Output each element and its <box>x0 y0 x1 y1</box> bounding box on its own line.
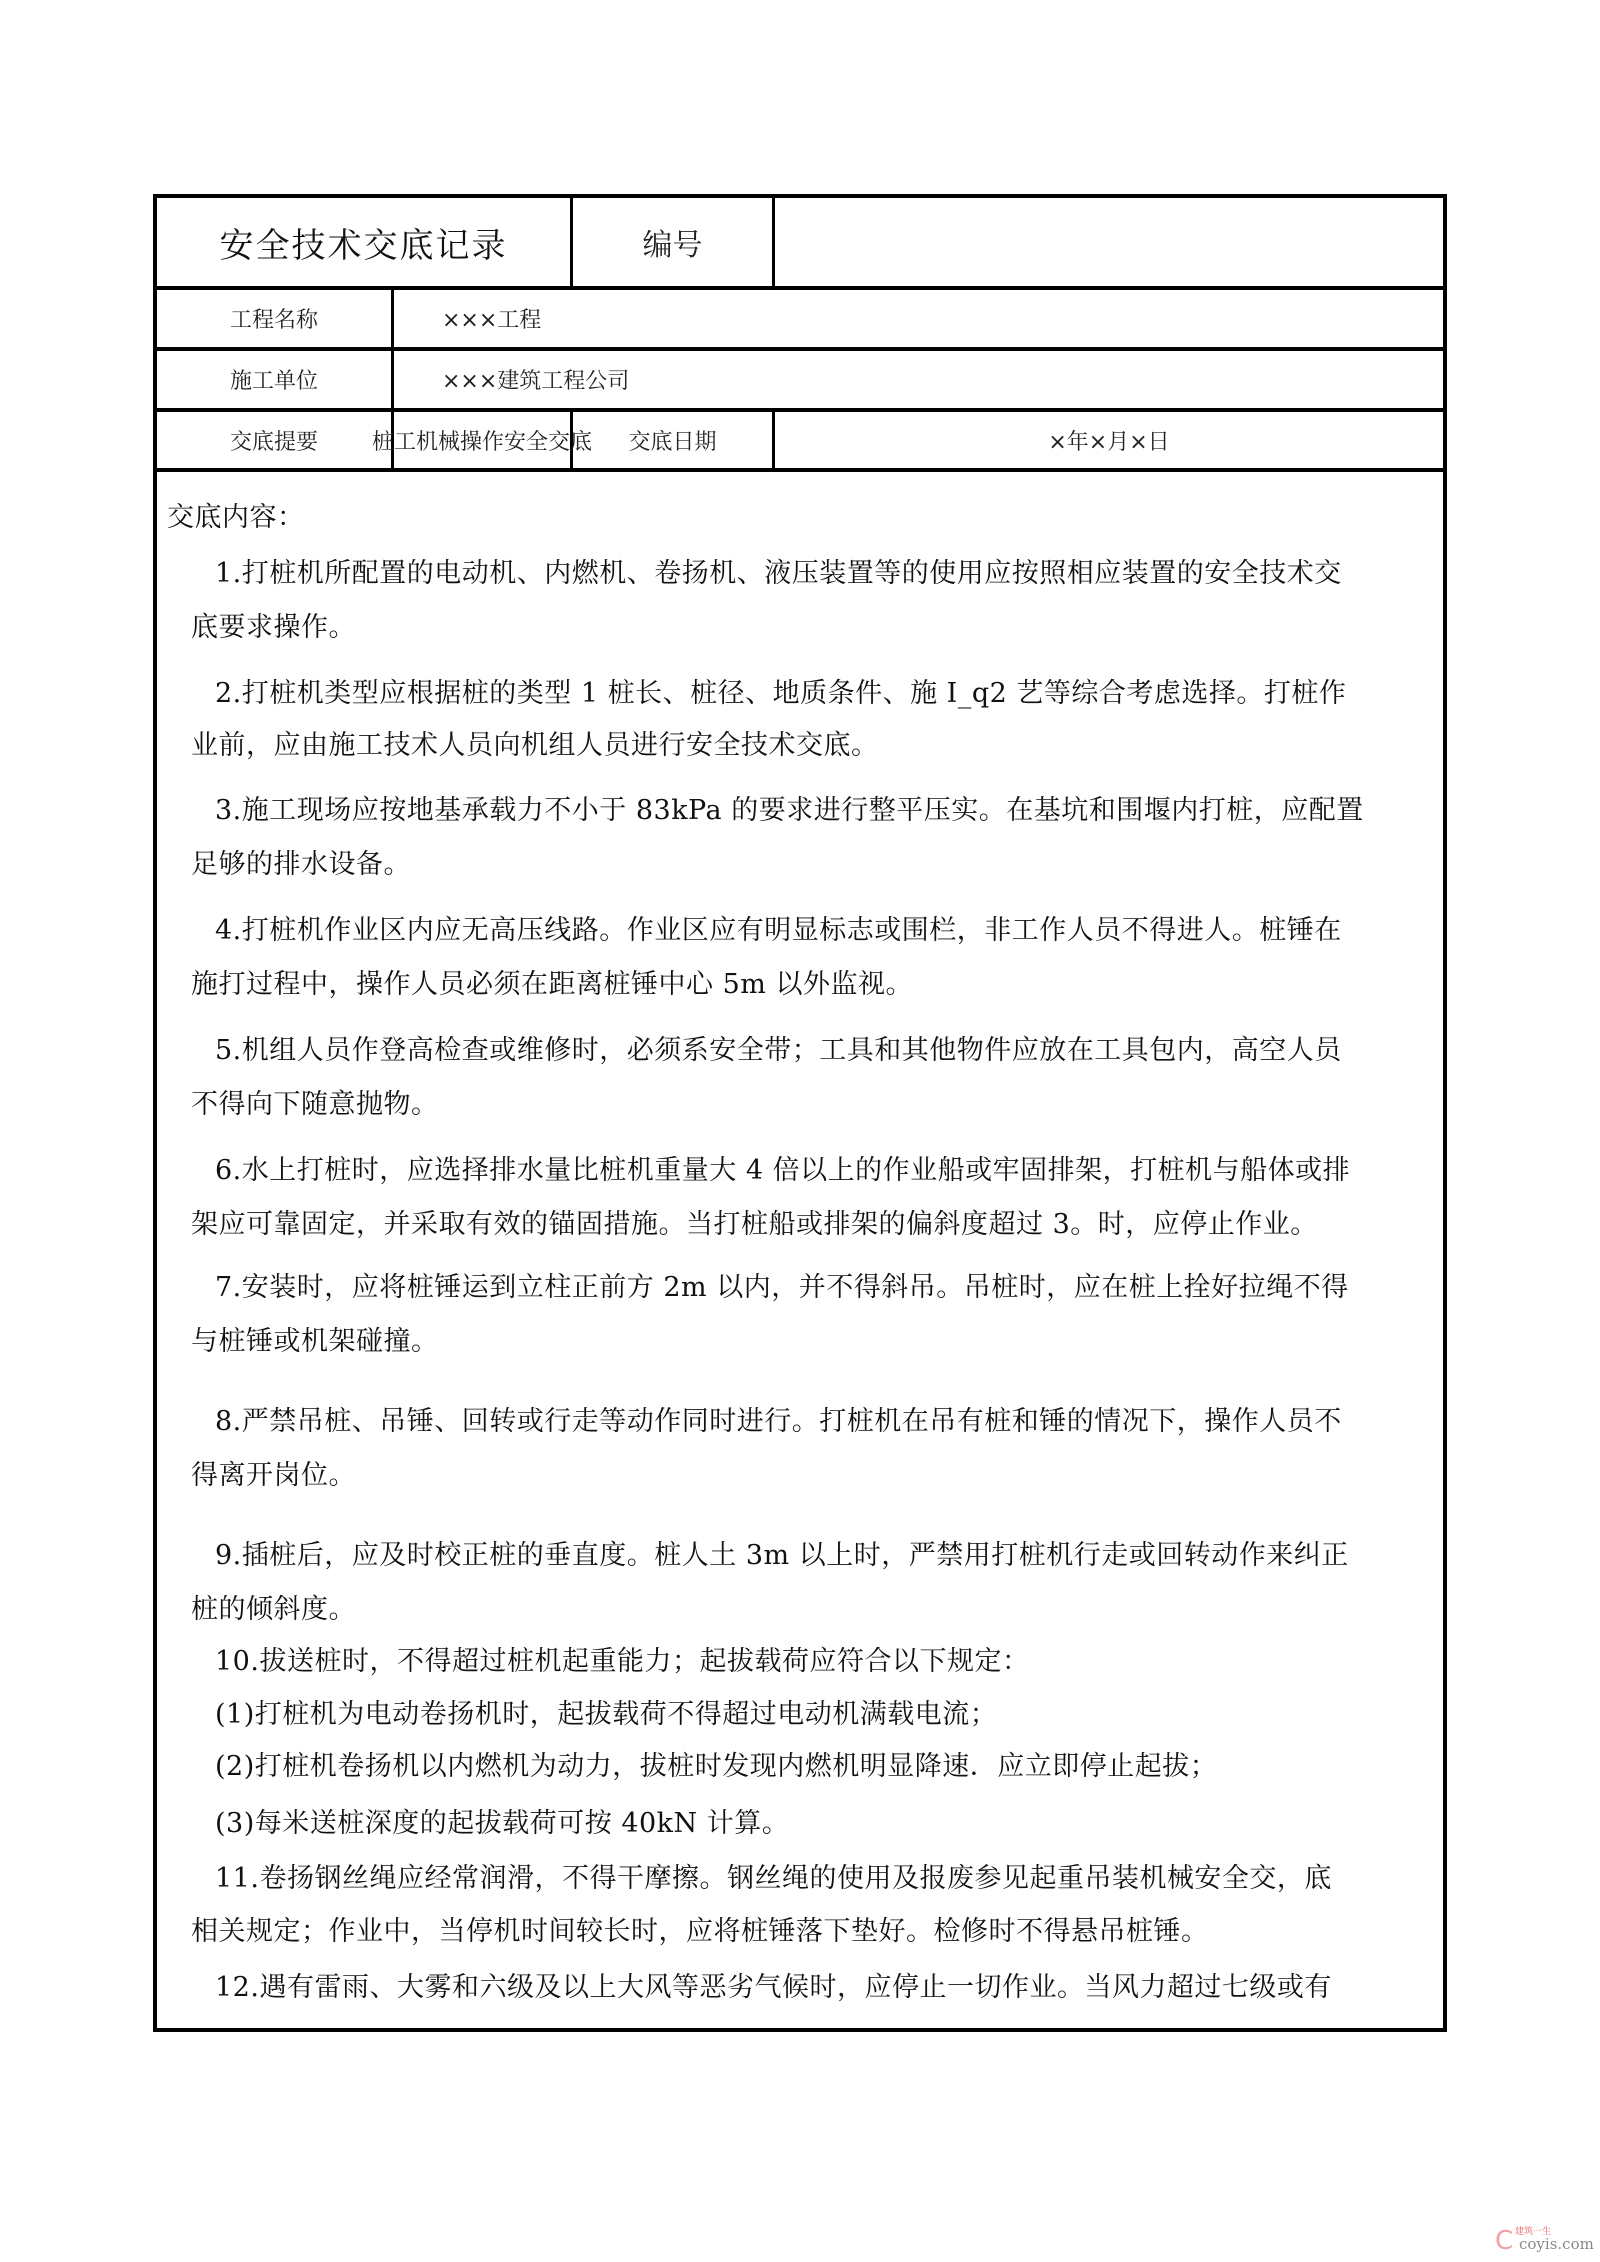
content-line: 桩的倾斜度。 <box>191 1596 356 1623</box>
content-line: 2.打桩机类型应根据桩的类型 1 桩长、桩径、地质条件、施 I_q2 艺等综合考… <box>215 680 1346 707</box>
content-line: (3)每米送桩深度的起拔载荷可按 40kN 计算。 <box>215 1810 789 1837</box>
watermark-logo-icon: C <box>1495 2226 1513 2256</box>
project-name-field[interactable]: ×××工程 <box>394 290 1443 347</box>
content-line: 1.打桩机所配置的电动机、内燃机、卷扬机、液压装置等的使用应按照相应装置的安全技… <box>215 560 1342 587</box>
content-line: 业前，应由施工技术人员向机组人员进行安全技术交底。 <box>191 732 879 759</box>
project-name-label: 工程名称 <box>157 290 391 347</box>
content-line: 11.卷扬钢丝绳应经常润滑，不得干摩擦。钢丝绳的使用及报废参见起重吊装机械安全交… <box>215 1865 1332 1892</box>
content-line: 施打过程中，操作人员必须在距离桩锤中心 5m 以外监视。 <box>191 971 913 998</box>
content-line: (2)打桩机卷扬机以内燃机为动力，拔桩时发现内燃机明显降速．应立即停止起拔； <box>215 1753 1217 1780</box>
content-line: 足够的排水设备。 <box>191 851 411 878</box>
content-heading: 交底内容： <box>167 504 305 531</box>
briefing-content: 交底内容： 1.打桩机所配置的电动机、内燃机、卷扬机、液压装置等的使用应按照相应… <box>157 472 1443 2028</box>
content-line: 与桩锤或机架碰撞。 <box>191 1328 439 1355</box>
watermark-domain: coyis.com <box>1519 2235 1594 2253</box>
date-field[interactable]: ×年×月×日 <box>775 412 1443 468</box>
content-line: 4.打桩机作业区内应无高压线路。作业区应有明显标志或围栏，非工作人员不得进人。桩… <box>215 917 1342 944</box>
summary-label: 交底提要 <box>157 412 391 468</box>
content-line: 架应可靠固定，并采取有效的锚固措施。当打桩船或排架的偏斜度超过 3。时，应停止作… <box>191 1211 1318 1238</box>
contractor-field[interactable]: ×××建筑工程公司 <box>394 351 1443 408</box>
form-title: 安全技术交底记录 <box>157 198 570 286</box>
content-line: 相关规定；作业中，当停机时间较长时，应将桩锤落下垫好。检修时不得悬吊桩锤。 <box>191 1918 1209 1945</box>
content-line: 3.施工现场应按地基承载力不小于 83kPa 的要求进行整平压实。在基坑和围堰内… <box>215 797 1364 824</box>
content-line: (1)打桩机为电动卷扬机时，起拔载荷不得超过电动机满载电流； <box>215 1701 997 1728</box>
number-field[interactable] <box>775 198 1443 286</box>
content-line: 6.水上打桩时，应选择排水量比桩机重量大 4 倍以上的作业船或牢固排架，打桩机与… <box>215 1157 1350 1184</box>
site-watermark: C 建筑一生 coyis.com <box>1495 2224 1595 2254</box>
summary-field[interactable]: 桩工机械操作安全交底 <box>394 412 570 468</box>
contractor-label: 施工单位 <box>157 351 391 408</box>
content-line: 底要求操作。 <box>191 614 356 641</box>
content-line: 7.安装时，应将桩锤运到立柱正前方 2m 以内，并不得斜吊。吊桩时，应在桩上拴好… <box>215 1274 1349 1301</box>
content-line: 10.拔送桩时，不得超过桩机起重能力；起拔载荷应符合以下规定： <box>215 1648 1029 1675</box>
date-label: 交底日期 <box>573 412 772 468</box>
content-line: 9.插桩后，应及时校正桩的垂直度。桩人土 3m 以上时，严禁用打桩机行走或回转动… <box>215 1542 1349 1569</box>
safety-briefing-form: 安全技术交底记录 编号 工程名称 ×××工程 施工单位 ×××建筑工程公司 交底… <box>153 194 1447 2032</box>
number-label: 编号 <box>573 198 772 286</box>
content-line: 得离开岗位。 <box>191 1462 356 1489</box>
content-line: 5.机组人员作登高检查或维修时，必须系安全带；工具和其他物件应放在工具包内，高空… <box>215 1037 1342 1064</box>
content-line: 8.严禁吊桩、吊锤、回转或行走等动作同时进行。打桩机在吊有桩和锤的情况下，操作人… <box>215 1408 1342 1435</box>
content-line: 12.遇有雷雨、大雾和六级及以上大风等恶劣气候时，应停止一切作业。当风力超过七级… <box>215 1974 1332 2001</box>
content-line: 不得向下随意抛物。 <box>191 1091 439 1118</box>
